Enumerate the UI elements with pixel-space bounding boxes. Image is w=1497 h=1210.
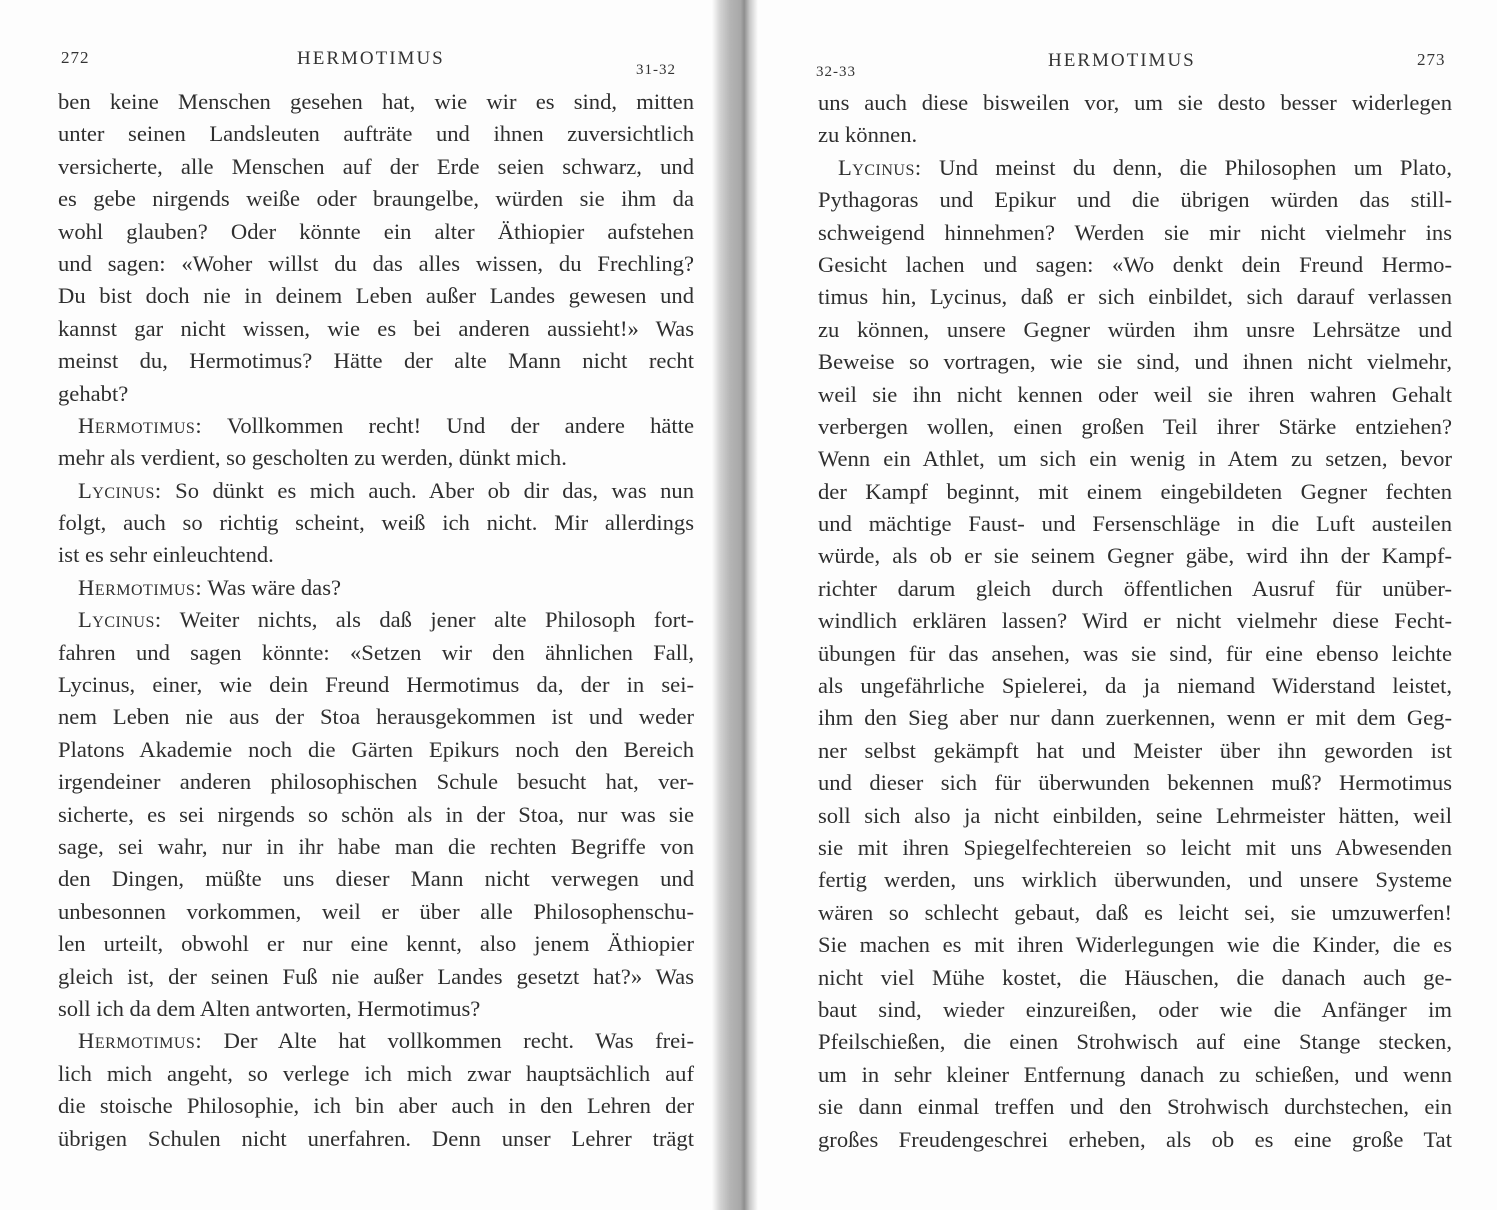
left-page: 272 HERMOTIMUS 31-32 ben keine Menschen … — [0, 0, 712, 1210]
text-line: Lycinus, einer, wie dein Freund Hermotim… — [58, 669, 694, 701]
speaker-line: Lycinus: So dünkt es mich auch. Aber ob … — [58, 475, 694, 507]
line-text: würde, als ob er sie seinem Gegner gäbe,… — [818, 543, 1452, 568]
text-line: ist es sehr einleuchtend. — [58, 539, 694, 571]
text-line: gehabt? — [58, 378, 694, 410]
text-line: sie dann einmal treffen und den Strohwis… — [818, 1091, 1452, 1123]
line-text: Wenn ein Athlet, um sich ein wenig in At… — [818, 446, 1452, 471]
line-text: als ungefährliche Spielerei, da ja niema… — [818, 673, 1452, 698]
line-text: len urteilt, obwohl er nur eine kennt, a… — [58, 931, 694, 956]
line-text: Was wäre das? — [202, 575, 341, 600]
text-line: Sie machen es mit ihren Widerlegungen wi… — [818, 929, 1452, 961]
line-text: Beweise so vortragen, wie sie sind, und … — [818, 349, 1452, 374]
line-text: fahren und sagen könnte: «Setzen wir den… — [58, 640, 694, 665]
line-text: lich mich angeht, so verlege ich mich zw… — [58, 1061, 694, 1086]
text-line: gleich ist, der seinen Fuß nie außer Lan… — [58, 961, 694, 993]
body-text: ben keine Menschen gesehen hat, wie wir … — [58, 86, 694, 1155]
line-text: wohl glauben? Oder könnte ein alter Äthi… — [58, 219, 694, 244]
text-line: sie mit ihren Spiegelfechtereien so leic… — [818, 832, 1452, 864]
speaker-name: Lycinus: — [78, 607, 162, 632]
speaker-name: Hermotimus: — [78, 413, 202, 438]
line-text: fertig werden, uns wirklich überwunden, … — [818, 867, 1452, 892]
line-text: Und meinst du denn, die Philosophen um P… — [922, 155, 1452, 180]
text-line: weil sie ihn nicht kennen oder weil sie … — [818, 379, 1452, 411]
text-line: Platons Akademie noch die Gärten Epikurs… — [58, 734, 694, 766]
line-text: weil sie ihn nicht kennen oder weil sie … — [818, 382, 1452, 407]
text-line: lich mich angeht, so verlege ich mich zw… — [58, 1058, 694, 1090]
line-text: kannst gar nicht wissen, wie es bei ande… — [58, 316, 694, 341]
text-line: um in sehr kleiner Entfernung danach zu … — [818, 1059, 1452, 1091]
line-text: uns auch diese bisweilen vor, um sie des… — [818, 90, 1452, 115]
line-text: unbesonnen vorkommen, weil er über alle … — [58, 899, 694, 924]
line-text: sicherte, es sei nirgends so schön als i… — [58, 802, 694, 827]
line-text: Vollkommen recht! Und der andere hätte — [202, 413, 694, 438]
page-number: 272 — [61, 48, 90, 68]
text-line: irgendeiner anderen philosophischen Schu… — [58, 766, 694, 798]
text-line: unbesonnen vorkommen, weil er über alle … — [58, 896, 694, 928]
speaker-line: Hermotimus: Was wäre das? — [58, 572, 694, 604]
text-line: mehr als verdient, so gescholten zu werd… — [58, 442, 694, 474]
text-line: übungen für das ansehen, was sie sind, f… — [818, 638, 1452, 670]
text-line: kannst gar nicht wissen, wie es bei ande… — [58, 313, 694, 345]
line-text: ihm den Sieg aber nur dann zuerkennen, w… — [818, 705, 1452, 730]
line-text: den Dingen, müßte uns dieser Mann nicht … — [58, 866, 694, 891]
line-text: nem Leben nie aus der Stoa herausgekomme… — [58, 704, 694, 729]
text-line: den Dingen, müßte uns dieser Mann nicht … — [58, 863, 694, 895]
line-text: versicherte, alle Menschen auf der Erde … — [58, 154, 694, 179]
body-text: uns auch diese bisweilen vor, um sie des… — [818, 87, 1452, 1156]
text-line: großes Freudengeschrei erheben, als ob e… — [818, 1124, 1452, 1156]
text-line: als ungefährliche Spielerei, da ja niema… — [818, 670, 1452, 702]
line-text: es gebe nirgends weiße oder braungelbe, … — [58, 186, 694, 211]
text-line: sage, sei wahr, nur in ihr habe man die … — [58, 831, 694, 863]
line-text: sie mit ihren Spiegelfechtereien so leic… — [818, 835, 1452, 860]
line-text: Platons Akademie noch die Gärten Epikurs… — [58, 737, 694, 762]
line-text: und dieser sich für überwunden bekennen … — [818, 770, 1452, 795]
line-text: die stoische Philosophie, ich bin aber a… — [58, 1093, 694, 1118]
text-line: die stoische Philosophie, ich bin aber a… — [58, 1090, 694, 1122]
line-text: sie dann einmal treffen und den Strohwis… — [818, 1094, 1452, 1119]
text-line: wohl glauben? Oder könnte ein alter Äthi… — [58, 216, 694, 248]
text-line: richter darum gleich durch öffentlichen … — [818, 573, 1452, 605]
text-line: unter seinen Landsleuten aufträte und ih… — [58, 118, 694, 150]
line-text: Gesicht lachen und sagen: «Wo denkt dein… — [818, 252, 1452, 277]
line-text: richter darum gleich durch öffentlichen … — [818, 576, 1452, 601]
line-text: gehabt? — [58, 381, 128, 406]
text-line: würde, als ob er sie seinem Gegner gäbe,… — [818, 540, 1452, 572]
text-line: meinst du, Hermotimus? Hätte der alte Ma… — [58, 345, 694, 377]
line-text: zu können, unsere Gegner würden ihm unsr… — [818, 317, 1452, 342]
text-line: uns auch diese bisweilen vor, um sie des… — [818, 87, 1452, 119]
text-line: folgt, auch so richtig scheint, weiß ich… — [58, 507, 694, 539]
line-text: Pfeilschießen, die einen Strohwisch auf … — [818, 1029, 1452, 1054]
text-line: schweigend hinnehmen? Werden sie mir nic… — [818, 217, 1452, 249]
line-text: Der Alte hat vollkommen recht. Was frei- — [202, 1028, 694, 1053]
text-line: und dieser sich für überwunden bekennen … — [818, 767, 1452, 799]
line-text: soll ich da dem Alten antworten, Hermoti… — [58, 996, 480, 1021]
book-gutter — [712, 0, 758, 1210]
text-line: übrigen Schulen nicht unerfahren. Denn u… — [58, 1123, 694, 1155]
book-spread: 272 HERMOTIMUS 31-32 ben keine Menschen … — [0, 0, 1497, 1210]
line-text: der Kampf beginnt, mit einem eingebildet… — [818, 479, 1452, 504]
line-text: windlich erklären lassen? Wird er nicht … — [818, 608, 1452, 633]
text-line: zu können. — [818, 119, 1452, 151]
line-text: Lycinus, einer, wie dein Freund Hermotim… — [58, 672, 694, 697]
text-line: versicherte, alle Menschen auf der Erde … — [58, 151, 694, 183]
speaker-name: Lycinus: — [838, 155, 922, 180]
line-text: Sie machen es mit ihren Widerlegungen wi… — [818, 932, 1452, 957]
text-line: len urteilt, obwohl er nur eine kennt, a… — [58, 928, 694, 960]
line-text: und sagen: «Woher willst du das alles wi… — [58, 251, 694, 276]
line-text: soll sich also ja nicht einbilden, seine… — [818, 803, 1452, 828]
text-line: timus hin, Lycinus, daß er sich einbilde… — [818, 281, 1452, 313]
text-line: sicherte, es sei nirgends so schön als i… — [58, 799, 694, 831]
text-line: baut sind, wieder einzureißen, oder wie … — [818, 994, 1452, 1026]
line-text: gleich ist, der seinen Fuß nie außer Lan… — [58, 964, 694, 989]
line-text: übrigen Schulen nicht unerfahren. Denn u… — [58, 1126, 694, 1151]
speaker-name: Hermotimus: — [78, 575, 202, 600]
line-text: großes Freudengeschrei erheben, als ob e… — [818, 1127, 1452, 1152]
line-text: wären so schlecht gebaut, daß es leicht … — [818, 900, 1452, 925]
text-line: ben keine Menschen gesehen hat, wie wir … — [58, 86, 694, 118]
right-page: 32-33 HERMOTIMUS 273 uns auch diese bisw… — [758, 0, 1497, 1210]
text-line: zu können, unsere Gegner würden ihm unsr… — [818, 314, 1452, 346]
line-text: übungen für das ansehen, was sie sind, f… — [818, 641, 1452, 666]
line-text: mehr als verdient, so gescholten zu werd… — [58, 445, 567, 470]
line-text: ist es sehr einleuchtend. — [58, 542, 274, 567]
text-line: verbergen wollen, einen großen Teil ihre… — [818, 411, 1452, 443]
text-line: Beweise so vortragen, wie sie sind, und … — [818, 346, 1452, 378]
text-line: nem Leben nie aus der Stoa herausgekomme… — [58, 701, 694, 733]
section-reference: 32-33 — [816, 64, 856, 81]
text-line: und sagen: «Woher willst du das alles wi… — [58, 248, 694, 280]
line-text: um in sehr kleiner Entfernung danach zu … — [818, 1062, 1452, 1087]
text-line: Pythagoras und Epikur und die übrigen wü… — [818, 184, 1452, 216]
line-text: irgendeiner anderen philosophischen Schu… — [58, 769, 694, 794]
section-reference: 31-32 — [636, 62, 676, 79]
line-text: Du bist doch nie in deinem Leben außer L… — [58, 283, 694, 308]
text-line: fertig werden, uns wirklich überwunden, … — [818, 864, 1452, 896]
text-line: wären so schlecht gebaut, daß es leicht … — [818, 897, 1452, 929]
line-text: meinst du, Hermotimus? Hätte der alte Ma… — [58, 348, 694, 373]
speaker-line: Lycinus: Weiter nichts, als daß jener al… — [58, 604, 694, 636]
line-text: verbergen wollen, einen großen Teil ihre… — [818, 414, 1452, 439]
text-line: es gebe nirgends weiße oder braungelbe, … — [58, 183, 694, 215]
speaker-line: Hermotimus: Vollkommen recht! Und der an… — [58, 410, 694, 442]
text-line: ner selbst gekämpft hat und Meister über… — [818, 735, 1452, 767]
text-line: Pfeilschießen, die einen Strohwisch auf … — [818, 1026, 1452, 1058]
text-line: Du bist doch nie in deinem Leben außer L… — [58, 280, 694, 312]
line-text: ben keine Menschen gesehen hat, wie wir … — [58, 89, 694, 114]
speaker-line: Hermotimus: Der Alte hat vollkommen rech… — [58, 1025, 694, 1057]
speaker-name: Lycinus: — [78, 478, 162, 503]
line-text: folgt, auch so richtig scheint, weiß ich… — [58, 510, 694, 535]
text-line: und mächtige Faust- und Fersenschläge in… — [818, 508, 1452, 540]
speaker-line: Lycinus: Und meinst du denn, die Philoso… — [818, 152, 1452, 184]
speaker-name: Hermotimus: — [78, 1028, 202, 1053]
line-text: unter seinen Landsleuten aufträte und ih… — [58, 121, 694, 146]
line-text: Pythagoras und Epikur und die übrigen wü… — [818, 187, 1452, 212]
running-head: HERMOTIMUS — [1048, 50, 1196, 72]
text-line: ihm den Sieg aber nur dann zuerkennen, w… — [818, 702, 1452, 734]
line-text: baut sind, wieder einzureißen, oder wie … — [818, 997, 1452, 1022]
line-text: zu können. — [818, 122, 917, 147]
line-text: timus hin, Lycinus, daß er sich einbilde… — [818, 284, 1452, 309]
line-text: sage, sei wahr, nur in ihr habe man die … — [58, 834, 694, 859]
text-line: fahren und sagen könnte: «Setzen wir den… — [58, 637, 694, 669]
line-text: Weiter nichts, als daß jener alte Philos… — [162, 607, 694, 632]
page-number: 273 — [1417, 50, 1446, 70]
text-line: nicht viel Mühe kostet, die Häuschen, di… — [818, 962, 1452, 994]
line-text: ner selbst gekämpft hat und Meister über… — [818, 738, 1452, 763]
text-line: Gesicht lachen und sagen: «Wo denkt dein… — [818, 249, 1452, 281]
text-line: soll ich da dem Alten antworten, Hermoti… — [58, 993, 694, 1025]
line-text: So dünkt es mich auch. Aber ob dir das, … — [162, 478, 694, 503]
text-line: Wenn ein Athlet, um sich ein wenig in At… — [818, 443, 1452, 475]
line-text: und mächtige Faust- und Fersenschläge in… — [818, 511, 1452, 536]
line-text: schweigend hinnehmen? Werden sie mir nic… — [818, 220, 1452, 245]
running-head: HERMOTIMUS — [297, 48, 445, 70]
text-line: windlich erklären lassen? Wird er nicht … — [818, 605, 1452, 637]
text-line: soll sich also ja nicht einbilden, seine… — [818, 800, 1452, 832]
line-text: nicht viel Mühe kostet, die Häuschen, di… — [818, 965, 1452, 990]
text-line: der Kampf beginnt, mit einem eingebildet… — [818, 476, 1452, 508]
